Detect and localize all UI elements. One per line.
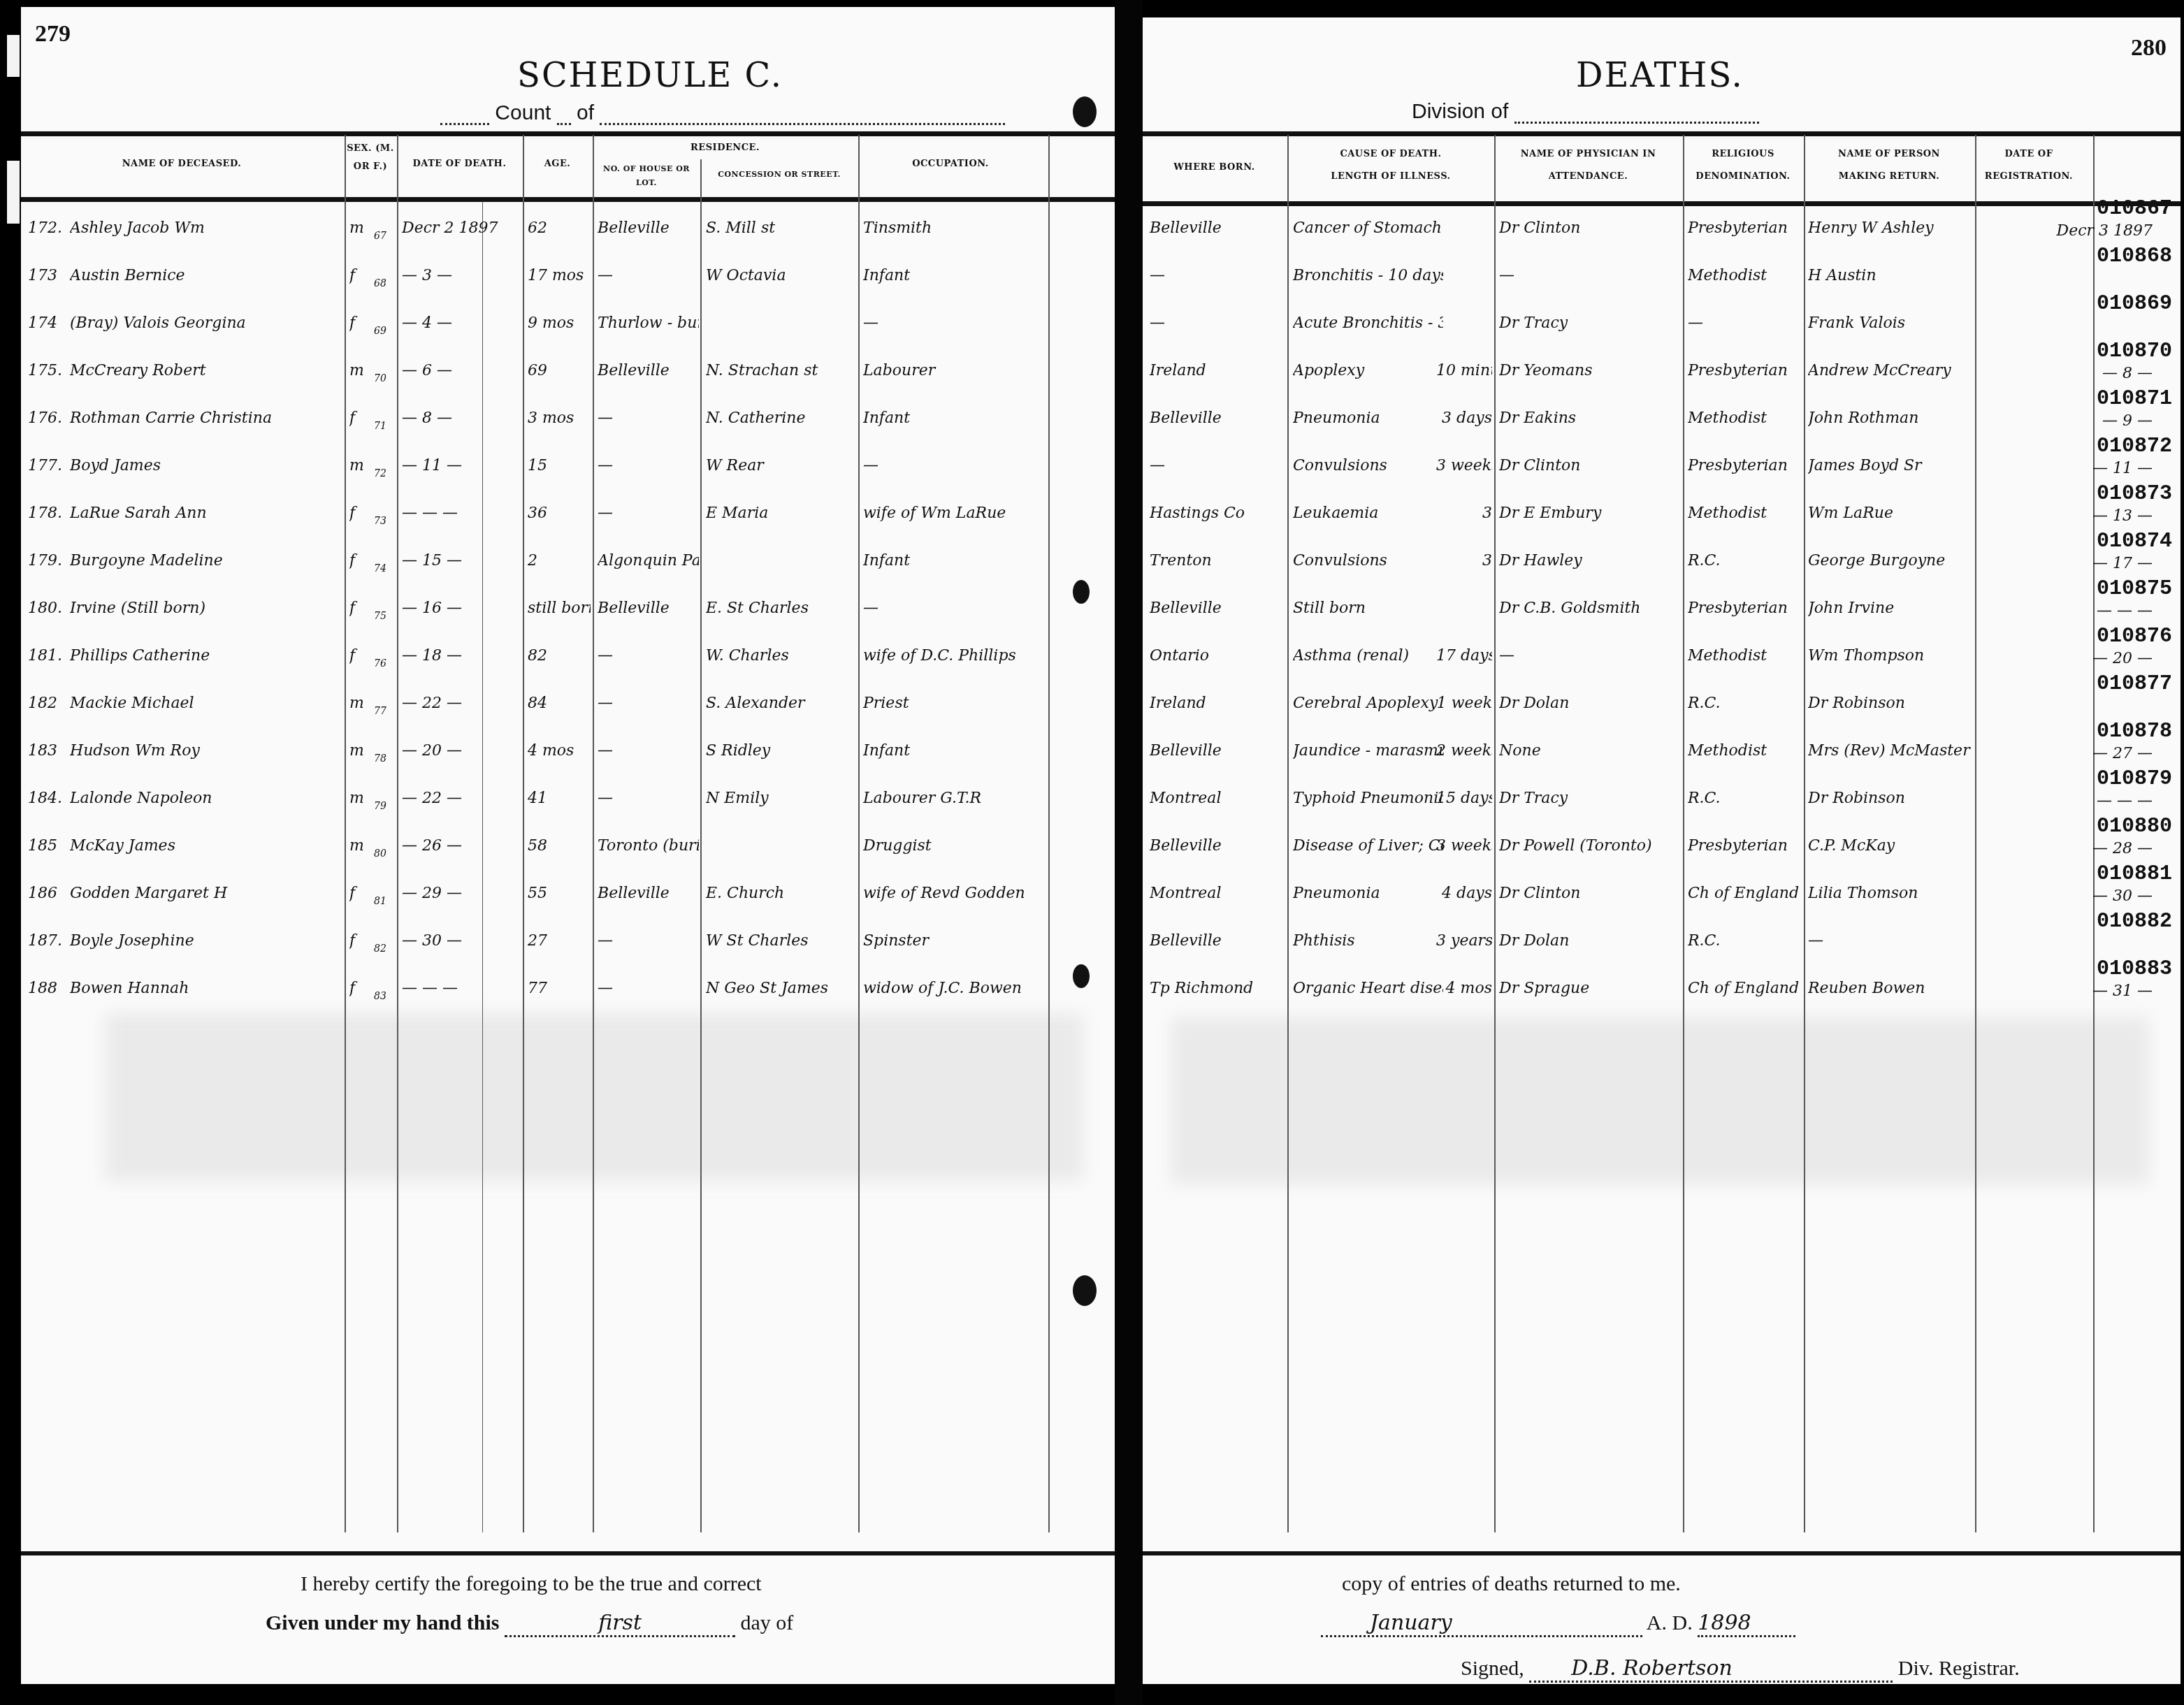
table-row: —Convulsions3 weeksDr ClintonPresbyteria… bbox=[1143, 447, 2181, 492]
cell-age: 17 mos bbox=[528, 267, 591, 284]
cell-religion: Methodist bbox=[1688, 742, 1803, 760]
cell-house: — bbox=[598, 932, 699, 950]
cell-age: 55 bbox=[528, 885, 591, 902]
cell-code: 79 bbox=[374, 801, 396, 812]
cell-street: E. St Charles bbox=[706, 600, 856, 617]
cell-house: — bbox=[598, 742, 699, 760]
table-row: 181.Phillips Catherinef76— 18 —82—W. Cha… bbox=[21, 637, 1115, 682]
cell-street: E. Church bbox=[706, 885, 856, 902]
cell-born: — bbox=[1150, 314, 1286, 332]
cell-sex: f bbox=[349, 647, 370, 665]
cell-street: W Octavia bbox=[706, 267, 856, 284]
table-row: IrelandCerebral Apoplexy1 weekDr DolanR.… bbox=[1143, 685, 2181, 730]
cell-date: — 16 — bbox=[402, 600, 521, 617]
cell-length: 3 weeks bbox=[1436, 457, 1492, 474]
table-row: BellevilleJaundice - marasmus2 weeksNone… bbox=[1143, 732, 2181, 777]
cell-name: Ashley Jacob Wm bbox=[70, 219, 342, 237]
col-header-date: Date of Death. bbox=[398, 152, 521, 176]
cell-name: Boyd James bbox=[70, 457, 342, 474]
registration-number: 010868 bbox=[2097, 245, 2172, 268]
cell-occupation: Druggist bbox=[863, 837, 1045, 855]
month-value: January bbox=[1370, 1611, 1452, 1635]
cell-physician: Dr Clinton bbox=[1499, 885, 1681, 902]
cell-born: Montreal bbox=[1150, 885, 1286, 902]
cell-date: — 8 — bbox=[402, 409, 521, 427]
cell-code: 73 bbox=[374, 516, 396, 527]
cell-cause: Phthisis bbox=[1293, 932, 1443, 950]
table-row: 182Mackie Michaelm77— 22 —84—S. Alexande… bbox=[21, 685, 1115, 730]
cell-age: 58 bbox=[528, 837, 591, 855]
cell-age: 2 bbox=[528, 552, 591, 569]
cell-informant: C.P. McKay bbox=[1808, 837, 1972, 855]
cell-sex: f bbox=[349, 932, 370, 950]
registration-date: — — — bbox=[2097, 602, 2153, 620]
col-header-occupation: Occupation. bbox=[860, 152, 1041, 176]
cell-born: Ireland bbox=[1150, 362, 1286, 379]
cell-length: 1 week bbox=[1436, 695, 1492, 712]
cell-street: N Geo St James bbox=[706, 980, 856, 997]
cell-physician: Dr Tracy bbox=[1499, 314, 1681, 332]
col-header-age: Age. bbox=[524, 152, 591, 176]
cell-occupation: — bbox=[863, 457, 1045, 474]
footer-rule bbox=[21, 1551, 1115, 1555]
cell-date: — — — bbox=[402, 505, 521, 522]
cell-code: 76 bbox=[374, 658, 396, 669]
cell-length: 15 days bbox=[1436, 790, 1492, 807]
cell-physician: Dr Yeomans bbox=[1499, 362, 1681, 379]
cell-age: 27 bbox=[528, 932, 591, 950]
cell-code: 78 bbox=[374, 753, 396, 764]
cell-code: 77 bbox=[374, 706, 396, 717]
table-row: IrelandApoplexy10 minutesDr YeomansPresb… bbox=[1143, 352, 2181, 397]
cell-informant: Andrew McCreary bbox=[1808, 362, 1972, 379]
registration-date: — 17 — bbox=[2092, 555, 2153, 572]
registration-number: 010874 bbox=[2097, 530, 2172, 553]
cell-length: 3 years bbox=[1436, 932, 1492, 950]
cell-street: S. Mill st bbox=[706, 219, 856, 237]
cell-occupation: wife of Revd Godden bbox=[863, 885, 1045, 902]
registration-date: — 11 — bbox=[2092, 460, 2153, 477]
registration-number: 010881 bbox=[2097, 862, 2172, 886]
table-row: BellevillePhthisis3 yearsDr DolanR.C.—01… bbox=[1143, 922, 2181, 967]
cell-physician: — bbox=[1499, 267, 1681, 284]
cell-informant: Mrs (Rev) McMaster bbox=[1808, 742, 1972, 760]
cell-born: Belleville bbox=[1150, 409, 1286, 427]
cell-name: Phillips Catherine bbox=[70, 647, 342, 665]
cell-occupation: Infant bbox=[863, 409, 1045, 427]
given-day-value: first bbox=[598, 1611, 642, 1635]
cell-street: N Emily bbox=[706, 790, 856, 807]
registration-number: 010880 bbox=[2097, 815, 2172, 839]
cell-born: Trenton bbox=[1150, 552, 1286, 569]
cell-name: (Bray) Valois Georgina bbox=[70, 314, 342, 332]
cell-sex: f bbox=[349, 885, 370, 902]
cell-born: — bbox=[1150, 267, 1286, 284]
cell-house: — bbox=[598, 980, 699, 997]
registration-number: 010879 bbox=[2097, 767, 2172, 791]
registration-number: 010869 bbox=[2097, 292, 2172, 316]
cell-cause: Convulsions bbox=[1293, 552, 1443, 569]
cell-occupation: widow of J.C. Bowen bbox=[863, 980, 1045, 997]
page-number-right: 280 bbox=[2131, 35, 2167, 61]
cell-religion: Methodist bbox=[1688, 647, 1803, 665]
registration-number: 010876 bbox=[2097, 625, 2172, 648]
cell-cause: Leukaemia bbox=[1293, 505, 1443, 522]
book-binding bbox=[1115, 0, 1143, 1705]
cell-sex: m bbox=[349, 742, 370, 760]
cell-physician: — bbox=[1499, 647, 1681, 665]
cell-age: 77 bbox=[528, 980, 591, 997]
cell-occupation: — bbox=[863, 600, 1045, 617]
table-row: Hastings CoLeukaemia3Dr E EmburyMethodis… bbox=[1143, 495, 2181, 539]
cell-sex: f bbox=[349, 409, 370, 427]
cell-occupation: Spinster bbox=[863, 932, 1045, 950]
cell-age: 15 bbox=[528, 457, 591, 474]
cell-informant: — bbox=[1808, 932, 1972, 950]
col-header-cause: Cause of Death. Length of Illness. bbox=[1289, 143, 1492, 188]
registration-date: — 31 — bbox=[2092, 982, 2153, 1000]
page-number-left: 279 bbox=[35, 21, 71, 48]
cell-code: 80 bbox=[374, 848, 396, 859]
cell-date: — 26 — bbox=[402, 837, 521, 855]
cell-informant: Frank Valois bbox=[1808, 314, 1972, 332]
cell-physician: Dr Sprague bbox=[1499, 980, 1681, 997]
cell-sex: f bbox=[349, 267, 370, 284]
cell-code: 70 bbox=[374, 373, 396, 384]
cell-sex: m bbox=[349, 457, 370, 474]
cell-occupation: Labourer bbox=[863, 362, 1045, 379]
table-row: 172.Ashley Jacob Wmm67Decr 2 189762Belle… bbox=[21, 210, 1115, 254]
col-header-physician: Name of Physician in Attendance. bbox=[1496, 143, 1681, 188]
cell-house: Algonquin Park - buried here bbox=[598, 552, 699, 569]
cell-born: Ireland bbox=[1150, 695, 1286, 712]
cell-born: Tp Richmond bbox=[1150, 980, 1286, 997]
cell-physician: Dr C.B. Goldsmith bbox=[1499, 600, 1681, 617]
cell-religion: Methodist bbox=[1688, 267, 1803, 284]
table-row: 188Bowen Hannahf83— — —77—N Geo St James… bbox=[21, 970, 1115, 1015]
signature-line: Signed, D.B. Robertson Div. Registrar. bbox=[1461, 1656, 2020, 1683]
cell-occupation: Infant bbox=[863, 552, 1045, 569]
cell-informant: Lilia Thomson bbox=[1808, 885, 1972, 902]
cell-length: 3 weeks bbox=[1436, 837, 1492, 855]
registration-number: 010883 bbox=[2097, 957, 2172, 981]
year-value: 1898 bbox=[1698, 1611, 1751, 1635]
cell-house: — bbox=[598, 790, 699, 807]
cell-religion: Methodist bbox=[1688, 505, 1803, 522]
cell-street: N. Catherine bbox=[706, 409, 856, 427]
cell-street: N. Strachan st bbox=[706, 362, 856, 379]
cell-cause: Organic Heart disease bbox=[1293, 980, 1443, 997]
cell-date: — 18 — bbox=[402, 647, 521, 665]
cell-street: W Rear bbox=[706, 457, 856, 474]
registration-number: 010872 bbox=[2097, 435, 2172, 458]
cell-name: Bowen Hannah bbox=[70, 980, 342, 997]
cell-born: Belleville bbox=[1150, 600, 1286, 617]
col-header-sex: Sex. (M. or F.) bbox=[346, 140, 395, 176]
cell-age: 41 bbox=[528, 790, 591, 807]
cell-house: — bbox=[598, 695, 699, 712]
cell-informant: Wm LaRue bbox=[1808, 505, 1972, 522]
cell-cause: Pneumonia bbox=[1293, 409, 1443, 427]
cell-cause: Convulsions bbox=[1293, 457, 1443, 474]
col-header-religion: Religious Denomination. bbox=[1684, 143, 1802, 188]
cell-code: 71 bbox=[374, 421, 396, 432]
cell-code: 81 bbox=[374, 896, 396, 907]
cell-physician: Dr Dolan bbox=[1499, 932, 1681, 950]
table-row: 177.Boyd Jamesm72— 11 —15—W Rear— bbox=[21, 447, 1115, 492]
registration-date: Decr 3 1897 bbox=[2057, 222, 2153, 240]
cell-street: W. Charles bbox=[706, 647, 856, 665]
cell-age: 82 bbox=[528, 647, 591, 665]
cell-street: W St Charles bbox=[706, 932, 856, 950]
cell-occupation: Labourer G.T.R bbox=[863, 790, 1045, 807]
cell-date: — 4 — bbox=[402, 314, 521, 332]
cell-cause: Disease of Liver; Congestion of Lungs bbox=[1293, 837, 1443, 855]
cell-date: — 6 — bbox=[402, 362, 521, 379]
cell-religion: R.C. bbox=[1688, 552, 1803, 569]
cell-occupation: wife of D.C. Phillips bbox=[863, 647, 1045, 665]
cell-informant: James Boyd Sr bbox=[1808, 457, 1972, 474]
given-line: Given under my hand this first day of bbox=[266, 1611, 793, 1637]
table-row: —Bronchitis - 10 days—MethodistH Austin0… bbox=[1143, 257, 2181, 302]
table-row: 178.LaRue Sarah Annf73— — —36—E Mariawif… bbox=[21, 495, 1115, 539]
table-row: BellevillePneumonia3 daysDr EakinsMethod… bbox=[1143, 400, 2181, 444]
table-row: 186Godden Margaret Hf81— 29 —55Bellevill… bbox=[21, 875, 1115, 920]
cell-name: Hudson Wm Roy bbox=[70, 742, 342, 760]
cell-age: 9 mos bbox=[528, 314, 591, 332]
cell-sex: m bbox=[349, 790, 370, 807]
cell-age: still born bbox=[528, 600, 591, 617]
cell-house: Belleville bbox=[598, 885, 699, 902]
cell-street: S. Alexander bbox=[706, 695, 856, 712]
schedule-title: SCHEDULE C. bbox=[517, 56, 783, 95]
cell-house: Belleville bbox=[598, 600, 699, 617]
cell-house: Belleville bbox=[598, 219, 699, 237]
registration-date: — — — bbox=[2097, 792, 2153, 810]
cell-religion: Presbyterian bbox=[1688, 362, 1803, 379]
table-row: BellevilleDisease of Liver; Congestion o… bbox=[1143, 827, 2181, 872]
table-row: TrentonConvulsions3Dr HawleyR.C.George B… bbox=[1143, 542, 2181, 587]
cell-occupation: Tinsmith bbox=[863, 219, 1045, 237]
cell-date: — 3 — bbox=[402, 267, 521, 284]
cell-sex: m bbox=[349, 362, 370, 379]
copy-text: copy of entries of deaths returned to me… bbox=[1342, 1572, 1681, 1596]
punch-hole bbox=[1073, 964, 1090, 988]
cell-date: — 29 — bbox=[402, 885, 521, 902]
registration-date: — 8 — bbox=[2102, 365, 2153, 382]
cell-cause: Still born bbox=[1293, 600, 1443, 617]
cell-house: — bbox=[598, 647, 699, 665]
cell-date: — 30 — bbox=[402, 932, 521, 950]
cell-physician: Dr Hawley bbox=[1499, 552, 1681, 569]
cell-code: 82 bbox=[374, 943, 396, 955]
cell-informant: Wm Thompson bbox=[1808, 647, 1972, 665]
cell-religion: Methodist bbox=[1688, 409, 1803, 427]
registration-date: — 9 — bbox=[2102, 412, 2153, 430]
cell-house: — bbox=[598, 505, 699, 522]
cell-date: — 20 — bbox=[402, 742, 521, 760]
cell-street: E Maria bbox=[706, 505, 856, 522]
header-bottom-rule bbox=[21, 197, 1115, 202]
cell-informant: George Burgoyne bbox=[1808, 552, 1972, 569]
col-header-name: Name of Deceased. bbox=[21, 152, 342, 176]
book-edge bbox=[0, 0, 21, 1705]
table-row: Tp RichmondOrganic Heart disease4 mosDr … bbox=[1143, 970, 2181, 1015]
cell-age: 4 mos bbox=[528, 742, 591, 760]
cell-occupation: Infant bbox=[863, 742, 1045, 760]
col-header-registration: Date of Registration. bbox=[1976, 143, 2081, 188]
cell-name: Rothman Carrie Christina bbox=[70, 409, 342, 427]
table-row: 176.Rothman Carrie Christinaf71— 8 —3 mo… bbox=[21, 400, 1115, 444]
cell-physician: Dr Tracy bbox=[1499, 790, 1681, 807]
registration-date: — 20 — bbox=[2092, 650, 2153, 667]
cell-length: 10 minutes bbox=[1436, 362, 1492, 379]
cell-informant: John Irvine bbox=[1808, 600, 1972, 617]
cell-informant: H Austin bbox=[1808, 267, 1972, 284]
cell-length: 3 bbox=[1436, 505, 1492, 522]
deaths-title: DEATHS. bbox=[1576, 56, 1744, 95]
cell-born: Belleville bbox=[1150, 837, 1286, 855]
cell-code: 67 bbox=[374, 231, 396, 242]
right-page: 280 DEATHS. Division of Where Born. Caus… bbox=[1143, 17, 2181, 1684]
cell-name: LaRue Sarah Ann bbox=[70, 505, 342, 522]
cell-sex: m bbox=[349, 695, 370, 712]
cell-occupation: Infant bbox=[863, 267, 1045, 284]
division-field: Division of bbox=[1412, 100, 1759, 124]
cell-name: Godden Margaret H bbox=[70, 885, 342, 902]
cell-informant: Dr Robinson bbox=[1808, 695, 1972, 712]
left-page: 279 SCHEDULE C. Count of Name of Decease… bbox=[21, 7, 1115, 1684]
cell-code: 75 bbox=[374, 611, 396, 622]
cell-length: 17 days bbox=[1436, 647, 1492, 665]
cell-sex: m bbox=[349, 219, 370, 237]
cell-date: — 11 — bbox=[402, 457, 521, 474]
table-row: BellevilleCancer of Stomach - 3 mosDr Cl… bbox=[1143, 210, 2181, 254]
table-row: 184.Lalonde Napoleonm79— 22 —41—N EmilyL… bbox=[21, 780, 1115, 825]
cell-sex: f bbox=[349, 600, 370, 617]
registration-date: — 28 — bbox=[2092, 840, 2153, 857]
cell-length: 3 days bbox=[1436, 409, 1492, 427]
cell-informant: Dr Robinson bbox=[1808, 790, 1972, 807]
cell-street: S Ridley bbox=[706, 742, 856, 760]
cell-sex: f bbox=[349, 552, 370, 569]
cell-name: Boyle Josephine bbox=[70, 932, 342, 950]
cell-name: Burgoyne Madeline bbox=[70, 552, 342, 569]
table-row: 185McKay Jamesm80— 26 —58Toronto (buried… bbox=[21, 827, 1115, 872]
cell-name: Austin Bernice bbox=[70, 267, 342, 284]
cell-occupation: Priest bbox=[863, 695, 1045, 712]
registration-date: — 27 — bbox=[2092, 745, 2153, 762]
cell-date: — 22 — bbox=[402, 790, 521, 807]
table-row: 179.Burgoyne Madelinef74— 15 —2Algonquin… bbox=[21, 542, 1115, 587]
cell-length: 4 mos bbox=[1436, 980, 1492, 997]
cell-code: 74 bbox=[374, 563, 396, 574]
cell-cause: Cancer of Stomach - 3 mos bbox=[1293, 219, 1443, 237]
cell-name: Mackie Michael bbox=[70, 695, 342, 712]
cell-physician: None bbox=[1499, 742, 1681, 760]
cell-born: Ontario bbox=[1150, 647, 1286, 665]
cell-date: — — — bbox=[402, 980, 521, 997]
cell-name: Irvine (Still born) bbox=[70, 600, 342, 617]
certify-text: I hereby certify the foregoing to be the… bbox=[301, 1572, 762, 1596]
cell-religion: Presbyterian bbox=[1688, 457, 1803, 474]
cell-length: 4 days bbox=[1436, 885, 1492, 902]
cell-age: 84 bbox=[528, 695, 591, 712]
footer-rule bbox=[1143, 1551, 2181, 1555]
table-row: 175.McCreary Robertm70— 6 —69BellevilleN… bbox=[21, 352, 1115, 397]
cell-name: McCreary Robert bbox=[70, 362, 342, 379]
table-row: —Acute Bronchitis - 3 weeksDr Tracy—Fran… bbox=[1143, 305, 2181, 349]
cell-house: — bbox=[598, 267, 699, 284]
cell-name: Lalonde Napoleon bbox=[70, 790, 342, 807]
table-row: MontrealTyphoid Pneumonia15 daysDr Tracy… bbox=[1143, 780, 2181, 825]
cell-born: — bbox=[1150, 457, 1286, 474]
cell-physician: Dr Dolan bbox=[1499, 695, 1681, 712]
cell-cause: Pneumonia bbox=[1293, 885, 1443, 902]
cell-name: McKay James bbox=[70, 837, 342, 855]
cell-cause: Bronchitis - 10 days bbox=[1293, 267, 1443, 284]
cell-physician: Dr Powell (Toronto) bbox=[1499, 837, 1681, 855]
cell-cause: Cerebral Apoplexy bbox=[1293, 695, 1443, 712]
cell-religion: R.C. bbox=[1688, 932, 1803, 950]
col-header-house: No. of House or Lot. bbox=[594, 162, 699, 190]
cell-religion: Presbyterian bbox=[1688, 837, 1803, 855]
table-row: 174(Bray) Valois Georginaf69— 4 —9 mosTh… bbox=[21, 305, 1115, 349]
header-top-rule bbox=[1143, 131, 2181, 136]
cell-age: 3 mos bbox=[528, 409, 591, 427]
cell-cause: Asthma (renal) bbox=[1293, 647, 1443, 665]
header-bottom-rule bbox=[1143, 201, 2181, 206]
cell-house: Toronto (buried here) bbox=[598, 837, 699, 855]
edge-tab bbox=[7, 35, 20, 77]
cell-length: 3 bbox=[1436, 552, 1492, 569]
registration-date: — 13 — bbox=[2092, 507, 2153, 525]
cell-informant: Reuben Bowen bbox=[1808, 980, 1972, 997]
cell-religion: — bbox=[1688, 314, 1803, 332]
cell-sex: f bbox=[349, 505, 370, 522]
table-row: 183Hudson Wm Roym78— 20 —4 mos—S RidleyI… bbox=[21, 732, 1115, 777]
cell-house: Belleville bbox=[598, 362, 699, 379]
cell-length: 2 weeks bbox=[1436, 742, 1492, 760]
cell-date: — 22 — bbox=[402, 695, 521, 712]
col-header-where-born: Where Born. bbox=[1143, 156, 1286, 180]
table-row: BellevilleStill bornDr C.B. GoldsmithPre… bbox=[1143, 590, 2181, 634]
cell-religion: Presbyterian bbox=[1688, 219, 1803, 237]
cell-informant: John Rothman bbox=[1808, 409, 1972, 427]
cell-sex: f bbox=[349, 980, 370, 997]
cell-born: Belleville bbox=[1150, 219, 1286, 237]
cell-religion: Ch of England bbox=[1688, 885, 1803, 902]
cell-age: 62 bbox=[528, 219, 591, 237]
cell-born: Belleville bbox=[1150, 932, 1286, 950]
cell-house: — bbox=[598, 457, 699, 474]
registration-number: 010870 bbox=[2097, 340, 2172, 363]
cell-informant: Henry W Ashley bbox=[1808, 219, 1972, 237]
registration-number: 010875 bbox=[2097, 577, 2172, 601]
col-header-informant: Name of Person Making Return. bbox=[1805, 143, 1973, 188]
cell-born: Montreal bbox=[1150, 790, 1286, 807]
punch-hole bbox=[1073, 580, 1090, 604]
cell-physician: Dr Clinton bbox=[1499, 457, 1681, 474]
punch-hole bbox=[1073, 96, 1097, 127]
cell-sex: m bbox=[349, 837, 370, 855]
cell-religion: Ch of England bbox=[1688, 980, 1803, 997]
header-top-rule bbox=[21, 131, 1115, 136]
cell-sex: f bbox=[349, 314, 370, 332]
cell-physician: Dr Clinton bbox=[1499, 219, 1681, 237]
table-row: 173Austin Bernicef68— 3 —17 mos—W Octavi… bbox=[21, 257, 1115, 302]
cell-cause: Jaundice - marasmus bbox=[1293, 742, 1443, 760]
